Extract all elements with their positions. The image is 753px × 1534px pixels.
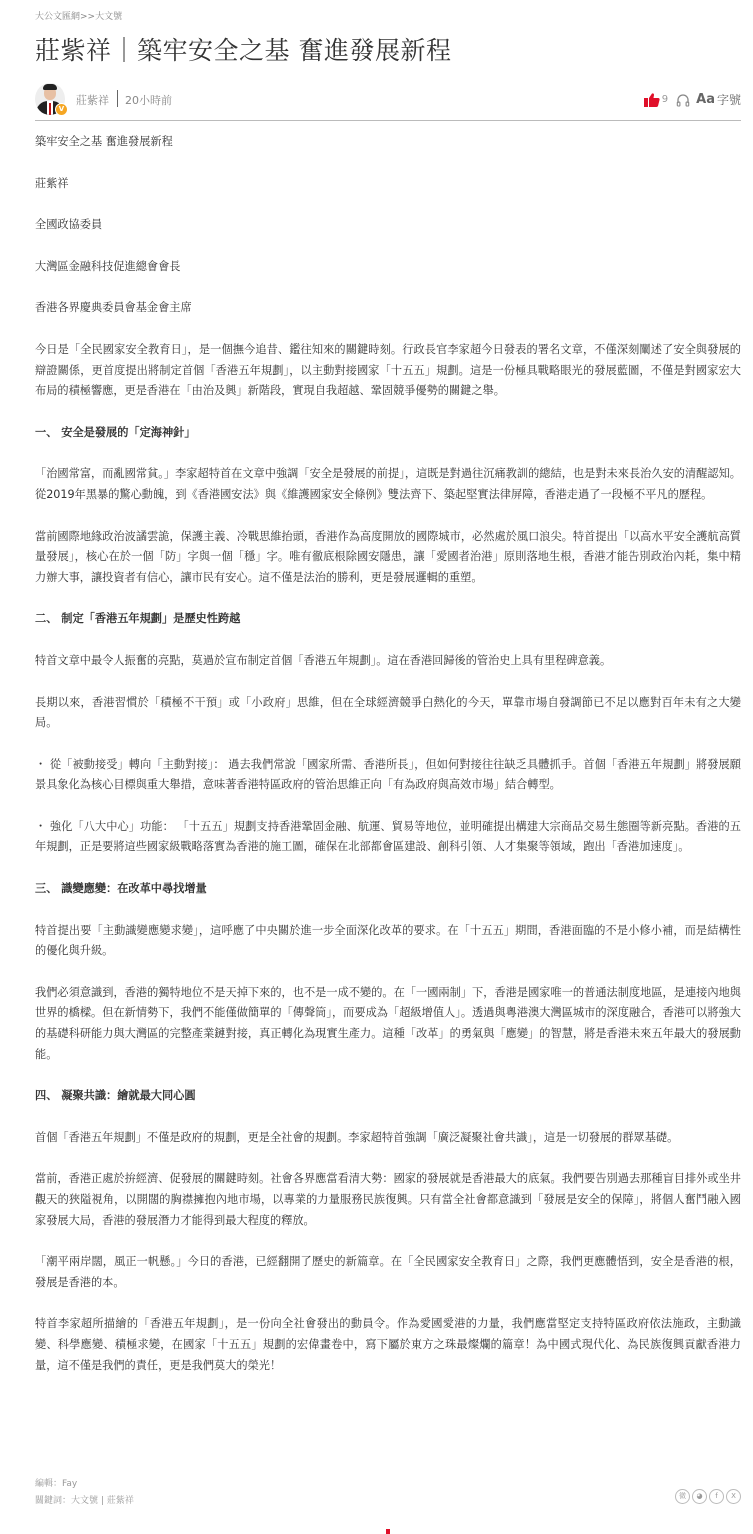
keyword-separator: | [101,1496,104,1506]
article-paragraph: 當前國際地緣政治波譎雲詭，保護主義、冷戰思維抬頭，香港作為高度開放的國際城市，必… [35,527,741,589]
article-paragraph: ・ 強化「八大中心」功能： 「十五五」規劃支持香港鞏固金融、航運、貿易等地位，並… [35,817,741,858]
section-heading: 四、 凝聚共識：繪就最大同心圓 [35,1086,741,1107]
keyword-link[interactable]: 大文號 [71,1496,98,1506]
page-title: 莊紫祥｜築牢安全之基 奮進發展新程 [35,31,451,67]
article-paragraph: ・ 從「被動接受」轉向「主動對接」： 過去我們常說「國家所需、香港所長」，但如何… [35,755,741,796]
publish-time: 20小時前 [125,92,172,108]
keywords-line: 關鍵詞：大文號 | 莊紫祥 [35,1493,741,1506]
wechat-share-icon[interactable]: ◕ [692,1489,707,1504]
article-tools: 9 Aa 字號 [644,90,741,108]
article-paragraph: 特首李家超所描繪的「香港五年規劃」，是一份向全社會發出的動員令。作為愛國愛港的力… [35,1314,741,1376]
avatar-tie [49,103,51,115]
verified-badge-icon: V [55,103,68,116]
article-body: 築牢安全之基 奮進發展新程莊紫祥全國政協委員大灣區金融科技促進總會會長香港各界慶… [35,132,741,1397]
article-footer: 編輯：Fay 關鍵詞：大文號 | 莊紫祥 微 ◕ f X [35,1476,741,1506]
keywords-label: 關鍵詞： [35,1496,71,1506]
weibo-share-icon[interactable]: 微 [675,1489,690,1504]
article-paragraph: 築牢安全之基 奮進發展新程 [35,132,741,153]
x-share-icon[interactable]: X [726,1489,741,1504]
headphones-icon[interactable] [676,92,690,106]
breadcrumb-separator: >> [80,12,95,22]
article-meta: V 莊紫祥 20小時前 9 Aa 字號 [35,83,741,119]
font-size-icon[interactable]: Aa [696,92,715,107]
article-paragraph: 當前，香港正處於拚經濟、促發展的關鍵時刻。社會各界應當看清大勢：國家的發展就是香… [35,1169,741,1231]
breadcrumb-section-link[interactable]: 大文號 [95,12,122,22]
editor-name: Fay [62,1479,77,1489]
loading-indicator-icon [386,1529,390,1534]
keyword-link[interactable]: 莊紫祥 [107,1496,134,1506]
facebook-share-icon[interactable]: f [709,1489,724,1504]
section-heading: 三、 識變應變：在改革中尋找增量 [35,879,741,900]
editor-label: 編輯： [35,1479,62,1489]
article-paragraph: 今日是「全民國家安全教育日」，是一個撫今追昔、鑑往知來的關鍵時刻。行政長官李家超… [35,340,741,402]
breadcrumb: 大公文匯網>>大文號 [35,9,122,22]
share-buttons: 微 ◕ f X [675,1489,741,1504]
article-paragraph: 首個「香港五年規劃」不僅是政府的規劃，更是全社會的規劃。李家超特首強調「廣泛凝聚… [35,1128,741,1149]
editor-line: 編輯：Fay [35,1476,741,1489]
section-heading: 二、 制定「香港五年規劃」是歷史性跨越 [35,609,741,630]
article-paragraph: 香港各界慶典委員會基金會主席 [35,298,741,319]
avatar-hair [43,84,57,90]
breadcrumb-site-link[interactable]: 大公文匯網 [35,12,80,22]
article-paragraph: 長期以來，香港習慣於「積極不干預」或「小政府」思維，但在全球經濟競爭白熱化的今天… [35,693,741,734]
article-paragraph: 特首文章中最令人振奮的亮點，莫過於宣布制定首個「香港五年規劃」。這在香港回歸後的… [35,651,741,672]
article-paragraph: 特首提出要「主動識變應變求變」，這呼應了中央關於進一步全面深化改革的要求。在「十… [35,921,741,962]
author-name-link[interactable]: 莊紫祥 [76,92,109,108]
thumbs-up-icon[interactable] [644,92,660,106]
font-size-button[interactable]: 字號 [717,91,741,108]
article-paragraph: 莊紫祥 [35,174,741,195]
article-paragraph: 全國政協委員 [35,215,741,236]
meta-divider [117,90,118,107]
article-paragraph: 「治國常富，而亂國常貧。」李家超特首在文章中強調「安全是發展的前提」，這既是對過… [35,464,741,505]
article-paragraph: 大灣區金融科技促進總會會長 [35,257,741,278]
article-paragraph: 我們必須意識到，香港的獨特地位不是天掉下來的，也不是一成不變的。在「一國兩制」下… [35,983,741,1065]
like-count: 9 [662,94,668,105]
article-paragraph: 「潮平兩岸闊，風正一帆懸。」今日的香港，已經翻開了歷史的新篇章。在「全民國家安全… [35,1252,741,1293]
header-divider [35,120,741,121]
section-heading: 一、 安全是發展的「定海神針」 [35,423,741,444]
